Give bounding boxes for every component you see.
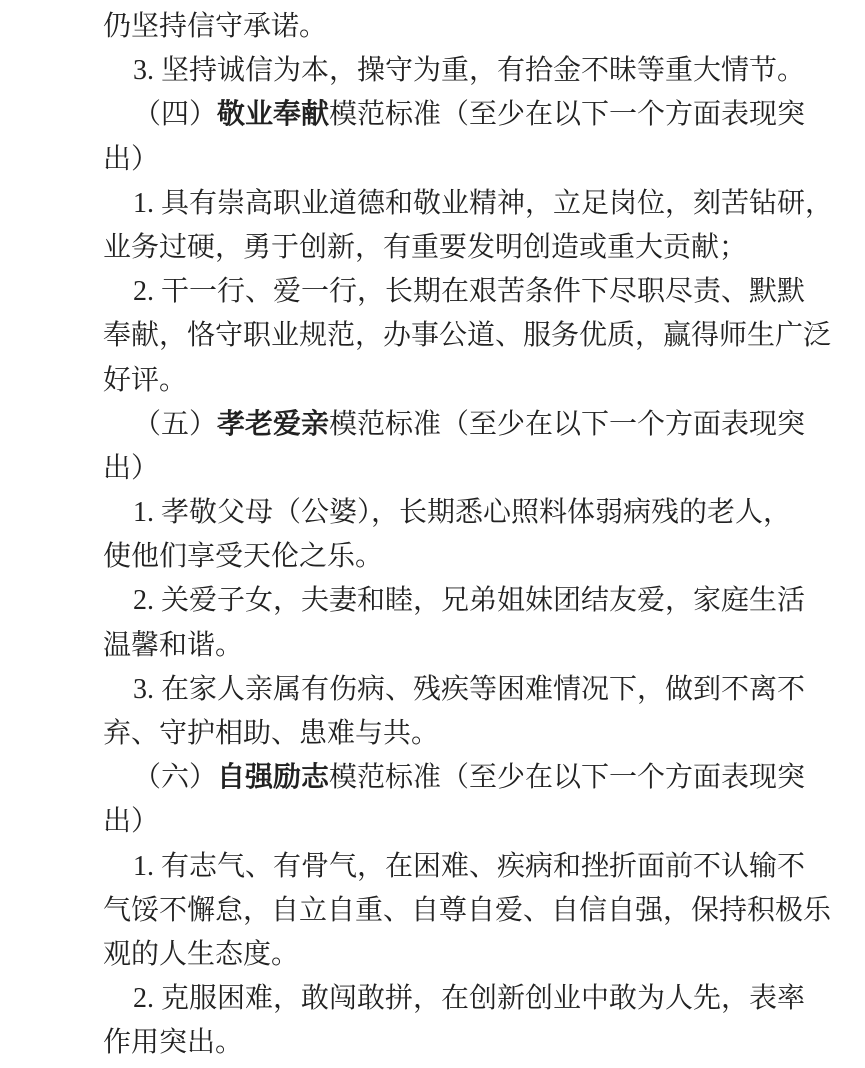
text-line: （四）敬业奉献模范标准（至少在以下一个方面表现突 bbox=[103, 93, 848, 137]
text-segment: 模范标准（至少在以下一个方面表现突 bbox=[329, 762, 805, 793]
text-line: 1. 孝敬父母（公婆），长期悉心照料体弱病残的老人， bbox=[103, 491, 848, 535]
text-segment: 模范标准（至少在以下一个方面表现突 bbox=[329, 409, 805, 440]
text-line: 1. 具有崇高职业道德和敬业精神，立足岗位，刻苦钻研， bbox=[103, 182, 848, 226]
document-page: 仍坚持信守承诺。3. 坚持诚信为本，操守为重，有拾金不昧等重大情节。（四）敬业奉… bbox=[0, 0, 865, 1068]
text-segment: 模范标准（至少在以下一个方面表现突 bbox=[329, 99, 805, 130]
text-segment: 出） bbox=[103, 806, 159, 837]
text-line: 观的人生态度。 bbox=[103, 933, 848, 977]
text-segment: 1. 孝敬父母（公婆），长期悉心照料体弱病残的老人， bbox=[133, 497, 791, 528]
text-segment: 气馁不懈怠，自立自重、自尊自爱、自信自强，保持积极乐 bbox=[103, 895, 831, 926]
text-line: 温馨和谐。 bbox=[103, 624, 848, 668]
text-segment: （四） bbox=[133, 99, 217, 130]
section-title-bold-segment: 敬业奉献 bbox=[217, 99, 329, 130]
text-segment: （六） bbox=[133, 762, 217, 793]
text-segment: 2. 关爱子女，夫妻和睦，兄弟姐妹团结友爱，家庭生活 bbox=[133, 585, 805, 616]
text-segment: 好评。 bbox=[103, 365, 187, 396]
text-line: 3. 在家人亲属有伤病、残疾等困难情况下，做到不离不 bbox=[103, 668, 848, 712]
text-segment: 业务过硬，勇于创新，有重要发明创造或重大贡献； bbox=[103, 232, 747, 263]
text-segment: 使他们享受天伦之乐。 bbox=[103, 541, 383, 572]
text-line: 1. 有志气、有骨气，在困难、疾病和挫折面前不认输不 bbox=[103, 845, 848, 889]
text-segment: 2. 干一行、爱一行，长期在艰苦条件下尽职尽责、默默 bbox=[133, 276, 805, 307]
text-line: 出） bbox=[103, 138, 848, 182]
text-segment: 仍坚持信守承诺。 bbox=[103, 11, 327, 42]
text-segment: 奉献，恪守职业规范，办事公道、服务优质，赢得师生广泛 bbox=[103, 320, 831, 351]
text-segment: 出） bbox=[103, 453, 159, 484]
text-segment: （五） bbox=[133, 409, 217, 440]
text-line: 仍坚持信守承诺。 bbox=[103, 5, 848, 49]
text-line: 弃、守护相助、患难与共。 bbox=[103, 712, 848, 756]
text-line: （五）孝老爱亲模范标准（至少在以下一个方面表现突 bbox=[103, 403, 848, 447]
text-segment: 1. 具有崇高职业道德和敬业精神，立足岗位，刻苦钻研， bbox=[133, 188, 833, 219]
text-line: 出） bbox=[103, 800, 848, 844]
text-line: 奉献，恪守职业规范，办事公道、服务优质，赢得师生广泛 bbox=[103, 314, 848, 358]
text-segment: 3. 在家人亲属有伤病、残疾等困难情况下，做到不离不 bbox=[133, 674, 805, 705]
text-line: 2. 干一行、爱一行，长期在艰苦条件下尽职尽责、默默 bbox=[103, 270, 848, 314]
text-segment: 出） bbox=[103, 144, 159, 175]
text-line: （六）自强励志模范标准（至少在以下一个方面表现突 bbox=[103, 756, 848, 800]
text-segment: 2. 克服困难，敢闯敢拼，在创新创业中敢为人先，表率 bbox=[133, 983, 805, 1014]
section-title-bold-segment: 孝老爱亲 bbox=[217, 409, 329, 440]
text-line: 出） bbox=[103, 447, 848, 491]
text-segment: 1. 有志气、有骨气，在困难、疾病和挫折面前不认输不 bbox=[133, 851, 805, 882]
text-segment: 3. 坚持诚信为本，操守为重，有拾金不昧等重大情节。 bbox=[133, 55, 805, 86]
text-line: 作用突出。 bbox=[103, 1021, 848, 1065]
text-line: 使他们享受天伦之乐。 bbox=[103, 535, 848, 579]
document-text-block: 仍坚持信守承诺。3. 坚持诚信为本，操守为重，有拾金不昧等重大情节。（四）敬业奉… bbox=[103, 5, 848, 1066]
text-segment: 观的人生态度。 bbox=[103, 939, 299, 970]
text-line: 2. 关爱子女，夫妻和睦，兄弟姐妹团结友爱，家庭生活 bbox=[103, 579, 848, 623]
section-title-bold-segment: 自强励志 bbox=[217, 762, 329, 793]
text-line: 2. 克服困难，敢闯敢拼，在创新创业中敢为人先，表率 bbox=[103, 977, 848, 1021]
text-line: 业务过硬，勇于创新，有重要发明创造或重大贡献； bbox=[103, 226, 848, 270]
text-line: 气馁不懈怠，自立自重、自尊自爱、自信自强，保持积极乐 bbox=[103, 889, 848, 933]
text-segment: 弃、守护相助、患难与共。 bbox=[103, 718, 439, 749]
text-line: 3. 坚持诚信为本，操守为重，有拾金不昧等重大情节。 bbox=[103, 49, 848, 93]
text-line: 好评。 bbox=[103, 359, 848, 403]
text-segment: 作用突出。 bbox=[103, 1027, 243, 1058]
text-segment: 温馨和谐。 bbox=[103, 630, 243, 661]
